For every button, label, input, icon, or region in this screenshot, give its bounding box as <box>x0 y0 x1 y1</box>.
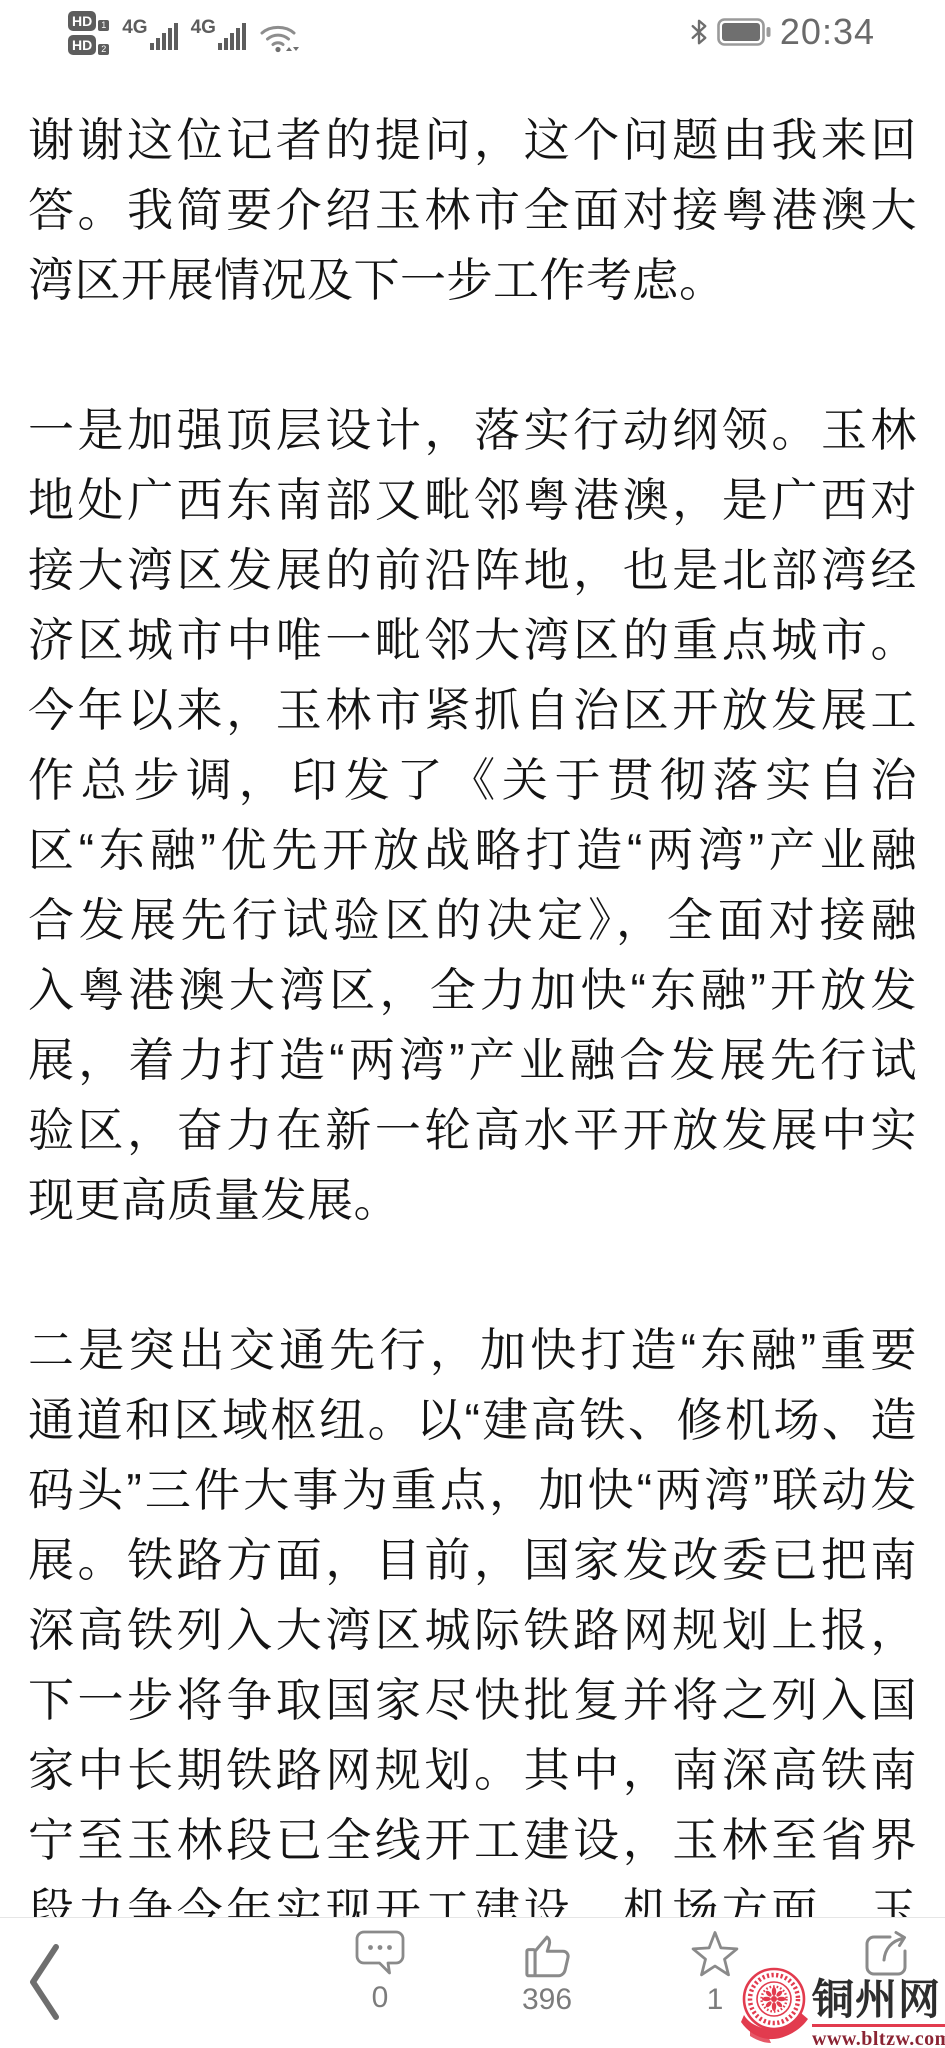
network-type-label-2: 4G <box>191 17 216 39</box>
article-line: 入粤港澳大湾区，全力加快“东融”开放发 <box>28 955 917 1025</box>
signal-bars-icon <box>150 20 178 50</box>
article-line: 济区城市中唯一毗邻大湾区的重点城市。 <box>28 605 917 675</box>
wifi-icon <box>259 22 299 54</box>
back-button[interactable] <box>26 1942 64 2022</box>
favorite-count: 1 <box>707 1984 724 2016</box>
status-left-icons: HD 1 HD 2 4G 4G <box>68 10 299 55</box>
article-line: 展。铁路方面，目前，国家发改委已把南 <box>28 1525 917 1595</box>
signal-bars-icon <box>218 20 246 50</box>
article-line: 下一步将争取国家尽快批复并将之列入国 <box>28 1665 917 1735</box>
hd2-index: 2 <box>98 44 109 55</box>
comment-button[interactable]: 0 <box>335 1929 425 2014</box>
article-line: 今年以来，玉林市紧抓自治区开放发展工 <box>28 675 917 745</box>
battery-icon <box>717 18 771 46</box>
like-count: 396 <box>522 1984 572 2016</box>
article-line: 二是突出交通先行，加快打造“东融”重要 <box>28 1315 917 1385</box>
article-line: 区“东融”优先开放战略打造“两湾”产业融 <box>28 815 917 885</box>
article-line: 深高铁列入大湾区城际铁路网规划上报， <box>28 1595 917 1665</box>
article-paragraph: 一是加强顶层设计，落实行动纲领。玉林地处广西东南部又毗邻粤港澳，是广西对接大湾区… <box>28 395 917 1235</box>
article-line: 验区，奋力在新一轮高水平开放发展中实 <box>28 1095 917 1165</box>
hd-volte-sim1-icon: HD 1 <box>68 11 109 31</box>
signal-sim2: 4G <box>191 10 246 50</box>
article-line: 通道和区域枢纽。以“建高铁、修机场、造 <box>28 1385 917 1455</box>
status-time: 20:34 <box>780 11 875 53</box>
hd-volte-badges: HD 1 HD 2 <box>68 11 109 55</box>
site-name: 铜州网 <box>812 1978 945 2022</box>
article-line: 展，着力打造“两湾”产业融合发展先行试 <box>28 1025 917 1095</box>
hd1-index: 1 <box>98 20 109 31</box>
hd2-label: HD <box>68 35 96 55</box>
comment-count: 0 <box>372 1982 389 2014</box>
article-line: 码头”三件大事为重点，加快“两湾”联动发 <box>28 1455 917 1525</box>
article-line: 地处广西东南部又毗邻粤港澳，是广西对 <box>28 465 917 535</box>
site-seal-icon <box>740 1966 812 2048</box>
comment-icon <box>354 1929 406 1977</box>
hd-volte-sim2-icon: HD 2 <box>68 35 109 55</box>
site-rule <box>812 2024 945 2027</box>
status-right-icons: 20:34 <box>690 10 875 54</box>
article-line: 答。我简要介绍玉林市全面对接粤港澳大 <box>28 175 917 245</box>
site-watermark: 铜州网 www.bltzw.com <box>740 1966 945 2048</box>
article-line: 宁至玉林段已全线开工建设，玉林至省界 <box>28 1805 917 1875</box>
hd1-label: HD <box>68 11 96 31</box>
network-type-label-1: 4G <box>122 17 147 39</box>
site-url: www.bltzw.com <box>812 2028 945 2048</box>
article-line: 作总步调，印发了《关于贯彻落实自治 <box>28 745 917 815</box>
site-watermark-text: 铜州网 www.bltzw.com <box>812 1978 945 2048</box>
like-button[interactable]: 396 <box>502 1929 592 2016</box>
article-line: 段力争今年实现开工建设。机场方面，玉 <box>28 1875 917 1917</box>
article-line: 接大湾区发展的前沿阵地，也是北部湾经 <box>28 535 917 605</box>
article-line: 一是加强顶层设计，落实行动纲领。玉林 <box>28 395 917 465</box>
article-line: 家中长期铁路网规划。其中，南深高铁南 <box>28 1735 917 1805</box>
thumbs-up-icon <box>521 1929 573 1979</box>
status-bar: HD 1 HD 2 4G 4G <box>0 0 945 60</box>
star-icon <box>689 1929 741 1979</box>
article-paragraph: 谢谢这位记者的提问，这个问题由我来回答。我简要介绍玉林市全面对接粤港澳大湾区开展… <box>28 105 917 315</box>
article-line: 谢谢这位记者的提问，这个问题由我来回 <box>28 105 917 175</box>
article: 谢谢这位记者的提问，这个问题由我来回答。我简要介绍玉林市全面对接粤港澳大湾区开展… <box>28 105 917 1917</box>
article-line: 合发展先行试验区的决定》，全面对接融 <box>28 885 917 955</box>
article-line: 现更高质量发展。 <box>28 1165 917 1235</box>
article-line: 湾区开展情况及下一步工作考虑。 <box>28 245 917 315</box>
signal-sim1: 4G <box>122 10 177 50</box>
bluetooth-icon <box>690 17 708 47</box>
article-paragraph: 二是突出交通先行，加快打造“东融”重要通道和区域枢纽。以“建高铁、修机场、造码头… <box>28 1315 917 1917</box>
